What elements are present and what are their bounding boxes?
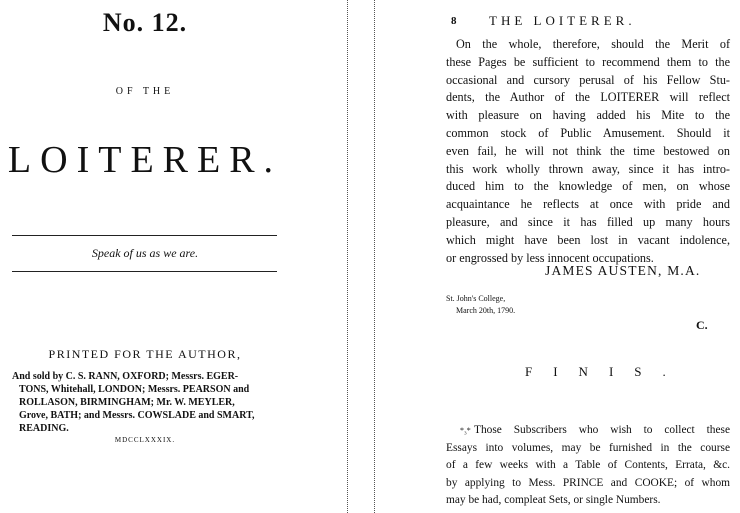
motto: Speak of us as we are.: [0, 246, 290, 261]
body-line: which might have been lost in vacant ind…: [446, 232, 730, 250]
signature-letter: C.: [696, 318, 708, 333]
author-signature: JAMES AUSTEN, M.A.: [545, 263, 701, 279]
body-line: with pleasure on having added his Mite t…: [446, 107, 730, 125]
place-line: St. John's College,: [446, 293, 515, 305]
printed-for-line: PRINTED FOR THE AUTHOR,: [0, 347, 290, 362]
sold-by-block: And sold by C. S. RANN, OXFORD; Messrs. …: [12, 370, 284, 435]
sold-by-line: READING.: [12, 422, 284, 435]
sold-by-line: TONS, Whitehall, LONDON; Messrs. PEARSON…: [12, 383, 284, 396]
issue-number: No. 12.: [0, 8, 290, 38]
imprint-year: MDCCLXXXIX.: [0, 436, 290, 444]
body-paragraph: On the whole, therefore, should the Meri…: [446, 36, 730, 267]
sold-by-line: ROLLASON, BIRMINGHAM; Mr. W. MEYLER,: [12, 396, 284, 409]
page-edge-right: [374, 0, 375, 513]
page-edge-left: [347, 0, 348, 513]
publication-title: LOITERER.: [0, 138, 290, 182]
body-line: common stock of Public Amusement. Should…: [446, 125, 730, 143]
body-line: occasional and cursory perusal of his Fe…: [446, 72, 730, 90]
date-line: March 20th, 1790.: [446, 305, 515, 317]
rule-bottom: [12, 271, 277, 272]
body-line: even fail, he will not think the time be…: [446, 143, 730, 161]
note-line: of a few weeks with a Table of Contents,…: [446, 457, 730, 475]
note-line: by applying to Mess. PRINCE and COOKE; o…: [446, 475, 730, 493]
body-line: acquaintance he reflects at once with pr…: [446, 196, 730, 214]
sold-by-line: Grove, BATH; and Messrs. COWSLADE and SM…: [12, 409, 284, 422]
body-line: duced him to the knowledge of men, on wh…: [446, 178, 730, 196]
note-line: Those Subscribers who wish to collect th…: [446, 422, 730, 440]
dateline: St. John's College, March 20th, 1790.: [446, 293, 515, 317]
note-line: may be had, compleat Sets, or single Num…: [446, 492, 730, 510]
finis-heading: FINIS.: [525, 364, 687, 380]
body-line: these Pages be sufficient to recommend t…: [446, 54, 730, 72]
running-head-title: THE LOITERER.: [489, 13, 636, 29]
of-the-label: OF THE: [0, 86, 290, 97]
body-line: On the whole, therefore, should the Meri…: [446, 36, 730, 54]
body-line: pleasure, and since it has filled up man…: [446, 214, 730, 232]
note-line: Essays into volumes, may be furnished in…: [446, 440, 730, 458]
asterism-icon: *₃*: [460, 422, 471, 440]
body-line: this work wholly thrown away, since it h…: [446, 161, 730, 179]
subscribers-note: *₃* Those Subscribers who wish to collec…: [446, 422, 730, 510]
body-line: dents, the Author of the LOITERER will r…: [446, 89, 730, 107]
rule-top: [12, 235, 277, 236]
sold-by-line: And sold by C. S. RANN, OXFORD; Messrs. …: [12, 370, 284, 383]
page-number: 8: [451, 15, 457, 27]
